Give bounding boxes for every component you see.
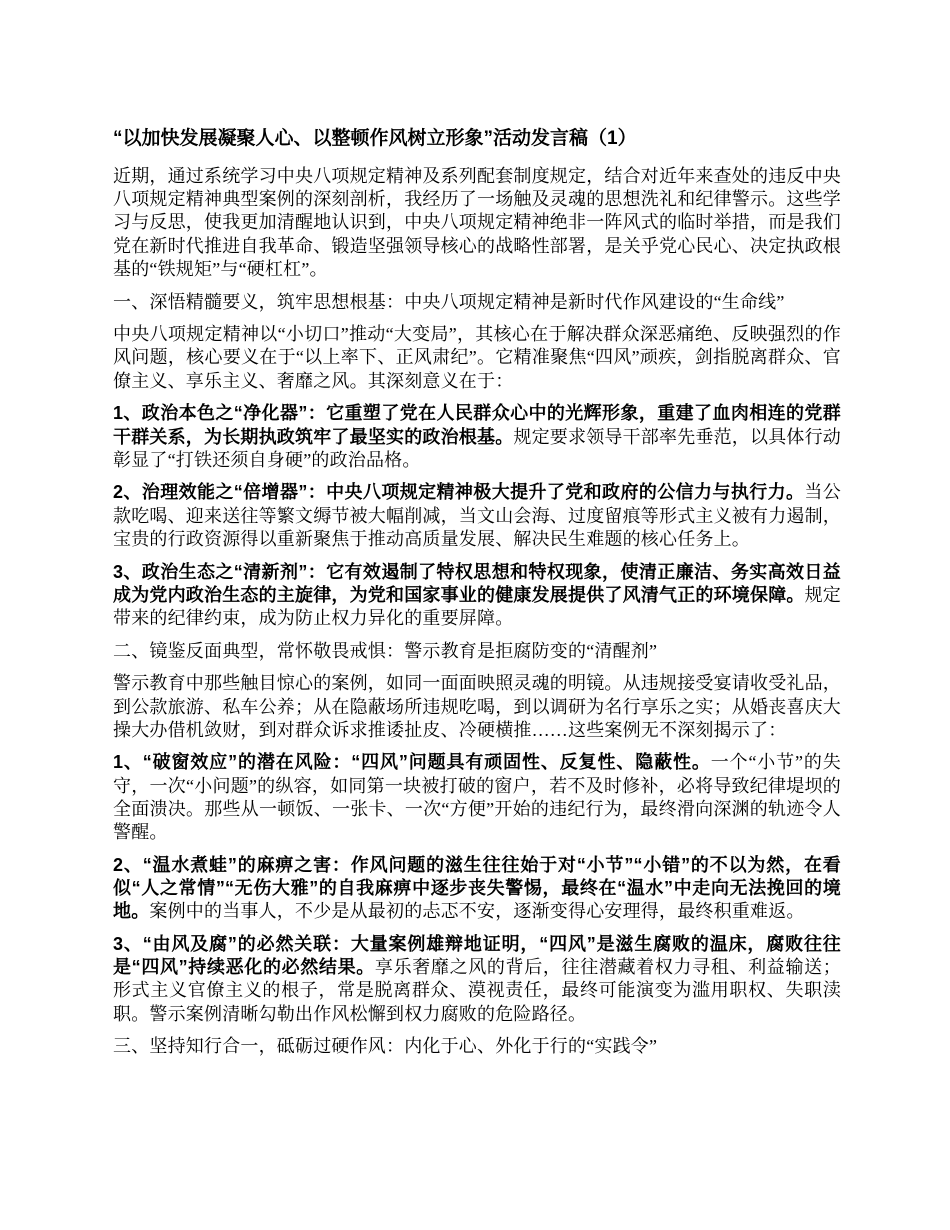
section-heading-2: 二、镜鉴反面典型，常怀敬畏戒惧：警示教育是拒腐防变的“清醒剂” (113, 640, 841, 663)
section2-point-1-lead: 1、“破窗效应”的潜在风险：“四风”问题具有顽固性、反复性、隐蔽性。 (113, 752, 711, 772)
section1-point-2-lead: 2、治理效能之“倍增器”：中央八项规定精神极大提升了党和政府的公信力与执行力。 (113, 482, 804, 502)
section2-point-1: 1、“破窗效应”的潜在风险：“四风”问题具有顽固性、反复性、隐蔽性。一个“小节”… (113, 751, 841, 844)
section1-intro-paragraph: 中央八项规定精神以“小切口”推动“大变局”，其核心在于解决群众深恶痛绝、反映强烈… (113, 323, 841, 393)
document-title: “以加快发展凝聚人心、以整顿作风树立形象”活动发言稿（1） (113, 125, 841, 152)
section1-point-1: 1、政治本色之“净化器”：它重塑了党在人民群众心中的光辉形象，重建了血肉相连的党… (113, 402, 841, 472)
section2-point-2-rest: 案例中的当事人，不少是从最初的忐忑不安，逐渐变得心安理得，最终积重难返。 (149, 901, 804, 921)
section1-point-3: 3、政治生态之“清新剂”：它有效遏制了特权思想和特权现象，使清正廉洁、务实高效日… (113, 561, 841, 631)
section1-point-2: 2、治理效能之“倍增器”：中央八项规定精神极大提升了党和政府的公信力与执行力。当… (113, 481, 841, 551)
section-heading-3: 三、坚持知行合一，砥砺过硬作风：内化于心、外化于行的“实践令” (113, 1035, 841, 1058)
section2-point-3: 3、“由风及腐”的必然关联：大量案例雄辩地证明，“四风”是滋生腐败的温床，腐败往… (113, 933, 841, 1026)
section2-intro-paragraph: 警示教育中那些触目惊心的案例，如同一面面映照灵魂的明镜。从违规接受宴请收受礼品，… (113, 672, 841, 742)
section1-point-3-lead: 3、政治生态之“清新剂”：它有效遏制了特权思想和特权现象，使清正廉洁、务实高效日… (113, 562, 841, 605)
document-page: “以加快发展凝聚人心、以整顿作风树立形象”活动发言稿（1） 近期，通过系统学习中… (0, 0, 950, 1230)
section2-point-2: 2、“温水煮蛙”的麻痹之害：作风问题的滋生往往始于对“小节”“小错”的不以为然，… (113, 854, 841, 924)
intro-paragraph: 近期，通过系统学习中央八项规定精神及系列配套制度规定，结合对近年来查处的违反中央… (113, 165, 841, 281)
document-body: “以加快发展凝聚人心、以整顿作风树立形象”活动发言稿（1） 近期，通过系统学习中… (113, 0, 841, 1058)
section-heading-1: 一、深悟精髓要义，筑牢思想根基：中央八项规定精神是新时代作风建设的“生命线” (113, 291, 841, 314)
